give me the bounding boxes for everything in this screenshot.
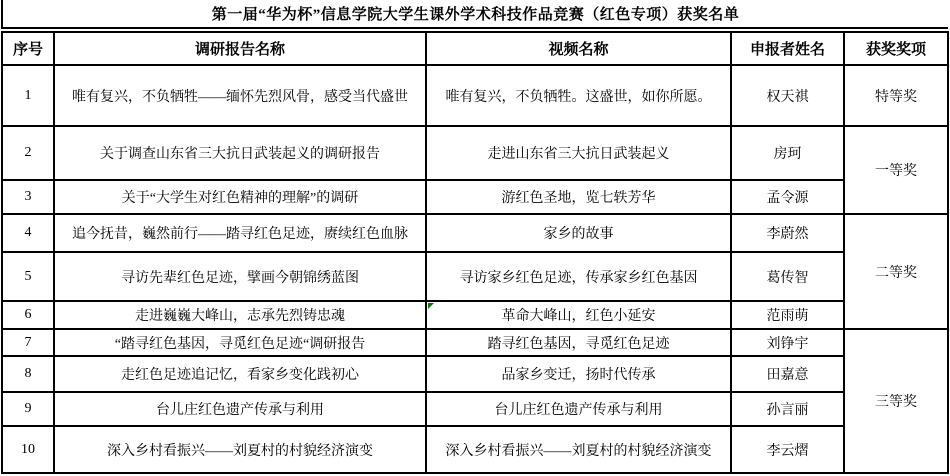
cell-award: 二等奖 (844, 214, 948, 329)
table-row: 3 关于“大学生对红色精神的理解”的调研 游红色圣地，览七轶芳华 孟令源 (2, 180, 948, 214)
table-row: 2 关于调查山东省三大抗日武装起义的调研报告 走进山东省三大抗日武装起义 房珂 … (2, 126, 948, 180)
col-header-index: 序号 (2, 32, 54, 65)
cell-index: 6 (2, 301, 54, 329)
table-row: 4 追今抚昔，巍然前行——踏寻红色足迹，赓续红色血脉 家乡的故事 李蔚然 二等奖 (2, 214, 948, 252)
cell-applicant-name: 范雨萌 (731, 301, 844, 329)
table-row: 6 走进巍巍大峰山，志承先烈铸忠魂 革命大峰山，红色小延安 范雨萌 (2, 301, 948, 329)
cell-video-name-text: 革命大峰山，红色小延安 (502, 309, 656, 324)
col-header-video-name: 视频名称 (426, 32, 731, 65)
cell-applicant-name: 孙言丽 (731, 392, 844, 426)
cell-video-name: 走进山东省三大抗日武装起义 (426, 126, 731, 180)
col-header-applicant-name: 申报者姓名 (731, 32, 844, 65)
cell-index: 7 (2, 329, 54, 356)
cell-video-name: 革命大峰山，红色小延安 (426, 301, 731, 329)
cell-video-name: 台儿庄红色遗产传承与利用 (426, 392, 731, 426)
cell-applicant-name: 田嘉意 (731, 356, 844, 392)
cell-video-name: 深入乡村看振兴——刘夏村的村貌经济演变 (426, 426, 731, 473)
cell-report-name: 关于调查山东省三大抗日武装起义的调研报告 (54, 126, 426, 180)
cell-report-name: 深入乡村看振兴——刘夏村的村貌经济演变 (54, 426, 426, 473)
cell-award: 三等奖 (844, 329, 948, 473)
cell-index: 1 (2, 65, 54, 126)
cell-report-name: 走进巍巍大峰山，志承先烈铸忠魂 (54, 301, 426, 329)
document-title: 第一届“华为杯”信息学院大学生课外学术科技作品竞赛（红色专项）获奖名单 (1, 0, 948, 29)
cell-award: 特等奖 (844, 65, 948, 126)
cell-report-name: 走红色足迹追记忆，看家乡变化践初心 (54, 356, 426, 392)
cell-video-name: 家乡的故事 (426, 214, 731, 252)
cell-applicant-name: 孟令源 (731, 180, 844, 214)
cell-report-name: 唯有复兴，不负牺牲——缅怀先烈风骨，感受当代盛世 (54, 65, 426, 126)
cell-report-name: “踏寻红色基因，寻觅红色足迹“调研报告 (54, 329, 426, 356)
cell-report-name: 关于“大学生对红色精神的理解”的调研 (54, 180, 426, 214)
cell-applicant-name: 李云熠 (731, 426, 844, 473)
table-row: 5 寻访先辈红色足迹，擘画今朝锦绣蓝图 寻访家乡红色足迹，传承家乡红色基因 葛传… (2, 252, 948, 301)
cell-video-name: 品家乡变迁，扬时代传承 (426, 356, 731, 392)
award-table: 序号 调研报告名称 视频名称 申报者姓名 获奖奖项 1 唯有复兴，不负牺牲——缅… (1, 31, 949, 474)
cell-report-name: 台儿庄红色遗产传承与利用 (54, 392, 426, 426)
cell-index: 3 (2, 180, 54, 214)
cell-applicant-name: 李蔚然 (731, 214, 844, 252)
cell-report-name: 追今抚昔，巍然前行——踏寻红色足迹，赓续红色血脉 (54, 214, 426, 252)
cell-applicant-name: 刘铮宇 (731, 329, 844, 356)
col-header-award: 获奖奖项 (844, 32, 948, 65)
cell-video-name: 唯有复兴，不负牺牲。这盛世，如你所愿。 (426, 65, 731, 126)
cell-video-name: 踏寻红色基因，寻觅红色足迹 (426, 329, 731, 356)
award-list-document: 第一届“华为杯”信息学院大学生课外学术科技作品竞赛（红色专项）获奖名单 序号 调… (1, 0, 948, 474)
table-row: 10 深入乡村看振兴——刘夏村的村貌经济演变 深入乡村看振兴——刘夏村的村貌经济… (2, 426, 948, 473)
cell-applicant-name: 葛传智 (731, 252, 844, 301)
table-header-row: 序号 调研报告名称 视频名称 申报者姓名 获奖奖项 (2, 32, 948, 65)
excel-error-marker (428, 303, 434, 309)
cell-video-name: 游红色圣地，览七轶芳华 (426, 180, 731, 214)
cell-index: 2 (2, 126, 54, 180)
table-row: 8 走红色足迹追记忆，看家乡变化践初心 品家乡变迁，扬时代传承 田嘉意 (2, 356, 948, 392)
cell-index: 10 (2, 426, 54, 473)
cell-award: 一等奖 (844, 126, 948, 214)
col-header-report-name: 调研报告名称 (54, 32, 426, 65)
cell-index: 4 (2, 214, 54, 252)
cell-index: 8 (2, 356, 54, 392)
cell-index: 5 (2, 252, 54, 301)
table-row: 7 “踏寻红色基因，寻觅红色足迹“调研报告 踏寻红色基因，寻觅红色足迹 刘铮宇 … (2, 329, 948, 356)
cell-video-name: 寻访家乡红色足迹，传承家乡红色基因 (426, 252, 731, 301)
table-row: 1 唯有复兴，不负牺牲——缅怀先烈风骨，感受当代盛世 唯有复兴，不负牺牲。这盛世… (2, 65, 948, 126)
cell-applicant-name: 房珂 (731, 126, 844, 180)
cell-index: 9 (2, 392, 54, 426)
table-row: 9 台儿庄红色遗产传承与利用 台儿庄红色遗产传承与利用 孙言丽 (2, 392, 948, 426)
cell-applicant-name: 权天祺 (731, 65, 844, 126)
cell-report-name: 寻访先辈红色足迹，擘画今朝锦绣蓝图 (54, 252, 426, 301)
